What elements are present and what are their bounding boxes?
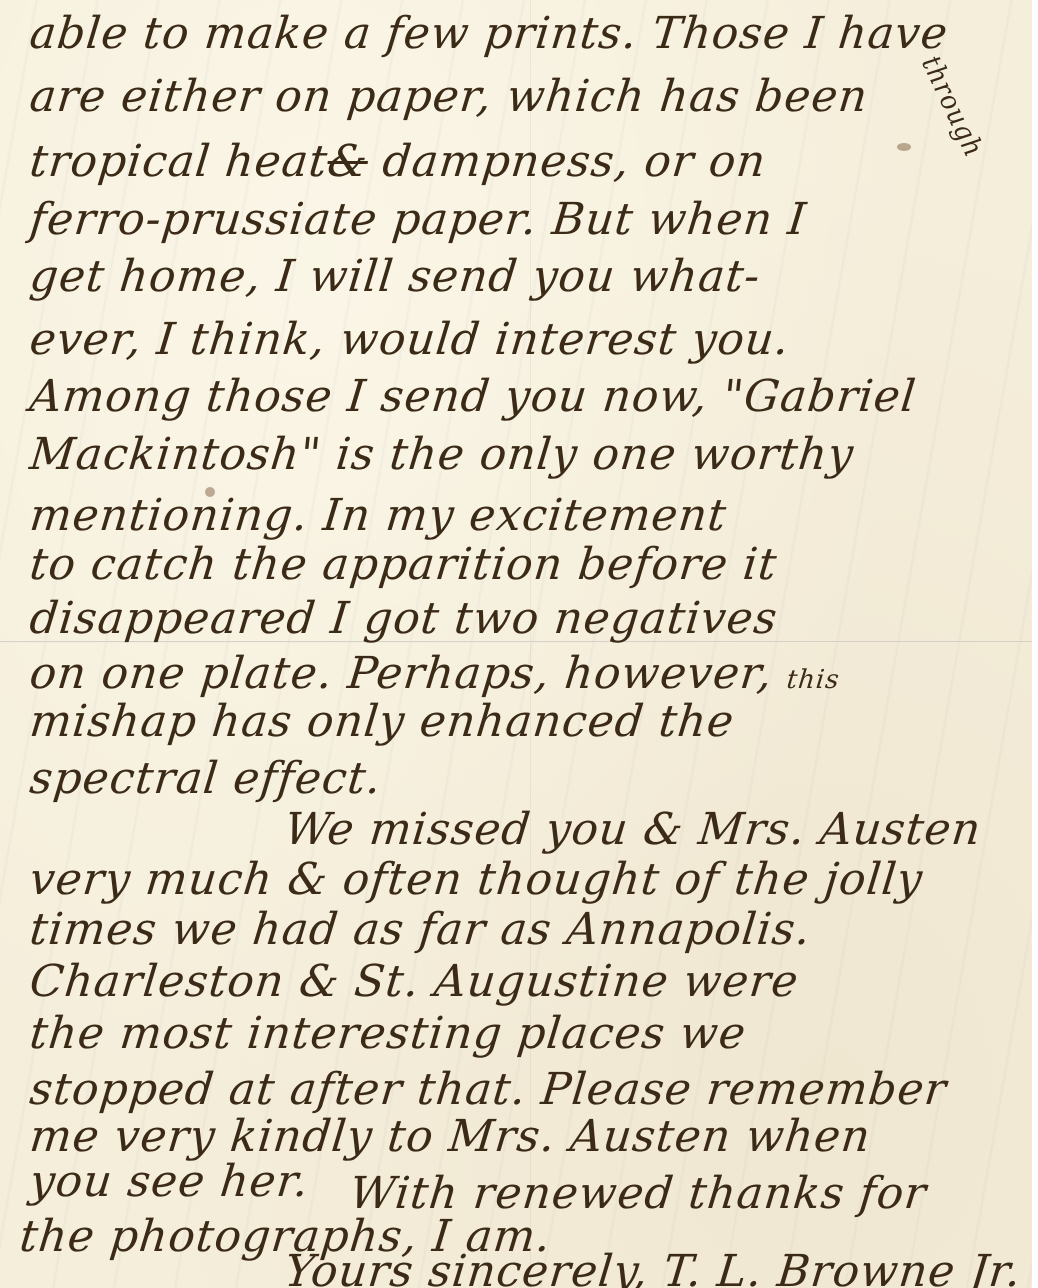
letter-line-18: Charleston & St. Augustine were: [28, 960, 801, 1004]
letter-line-2-text: are either on paper, which has been: [27, 71, 870, 122]
letter-line-13: mishap has only enhanced the: [28, 700, 737, 744]
letter-line-8: Mackintosh" is the only one worthy: [28, 433, 856, 477]
letter-line-3: tropical heat& dampness, or on: [28, 140, 769, 184]
letter-line-14: spectral effect.: [28, 757, 384, 801]
letter-line-3-text-b: dampness, or on: [365, 136, 768, 187]
letter-body: able to make a few prints. Those I have …: [0, 0, 1038, 1288]
letter-line-5: get home, I will send you what-: [28, 255, 763, 299]
letter-line-3-text-a: tropical heat: [27, 136, 330, 187]
letter-line-20: stopped at after that. Please remember: [28, 1068, 949, 1112]
letter-line-12-small: this: [785, 665, 841, 695]
letter-line-12-text: on one plate. Perhaps, however,: [27, 648, 775, 699]
letter-line-17: times we had as far as Annapolis.: [28, 908, 813, 952]
letter-line-4: ferro-prussiate paper. But when I: [28, 198, 809, 242]
letter-line-10: to catch the apparition before it: [28, 543, 780, 587]
letter-line-22: you see her.: [28, 1160, 312, 1204]
letter-line-21: me very kindly to Mrs. Austen when: [28, 1115, 873, 1159]
letter-line-2: are either on paper, which has been thro…: [28, 75, 998, 119]
letter-line-9: mentioning. In my excitement: [28, 494, 729, 538]
letter-line-23: With renewed thanks for: [348, 1172, 929, 1216]
letter-line-16: very much & often thought of the jolly: [28, 858, 925, 902]
letter-line-2-superscript: through: [917, 51, 987, 161]
letter-line-7: Among those I send you now, "Gabriel: [28, 375, 919, 419]
signature: Yours sincerely, T. L. Browne Jr.: [283, 1250, 1024, 1288]
letter-page: able to make a few prints. Those I have …: [0, 0, 1038, 1288]
letter-line-19: the most interesting places we: [28, 1012, 749, 1056]
letter-line-12: on one plate. Perhaps, however, this: [28, 652, 843, 696]
letter-line-11: disappeared I got two negatives: [28, 597, 780, 641]
letter-line-6: ever, I think, would interest you.: [28, 318, 792, 362]
letter-line-15: We missed you & Mrs. Austen: [283, 808, 984, 852]
letter-line-3-struck: &: [325, 136, 371, 187]
letter-line-1: able to make a few prints. Those I have: [28, 12, 951, 56]
